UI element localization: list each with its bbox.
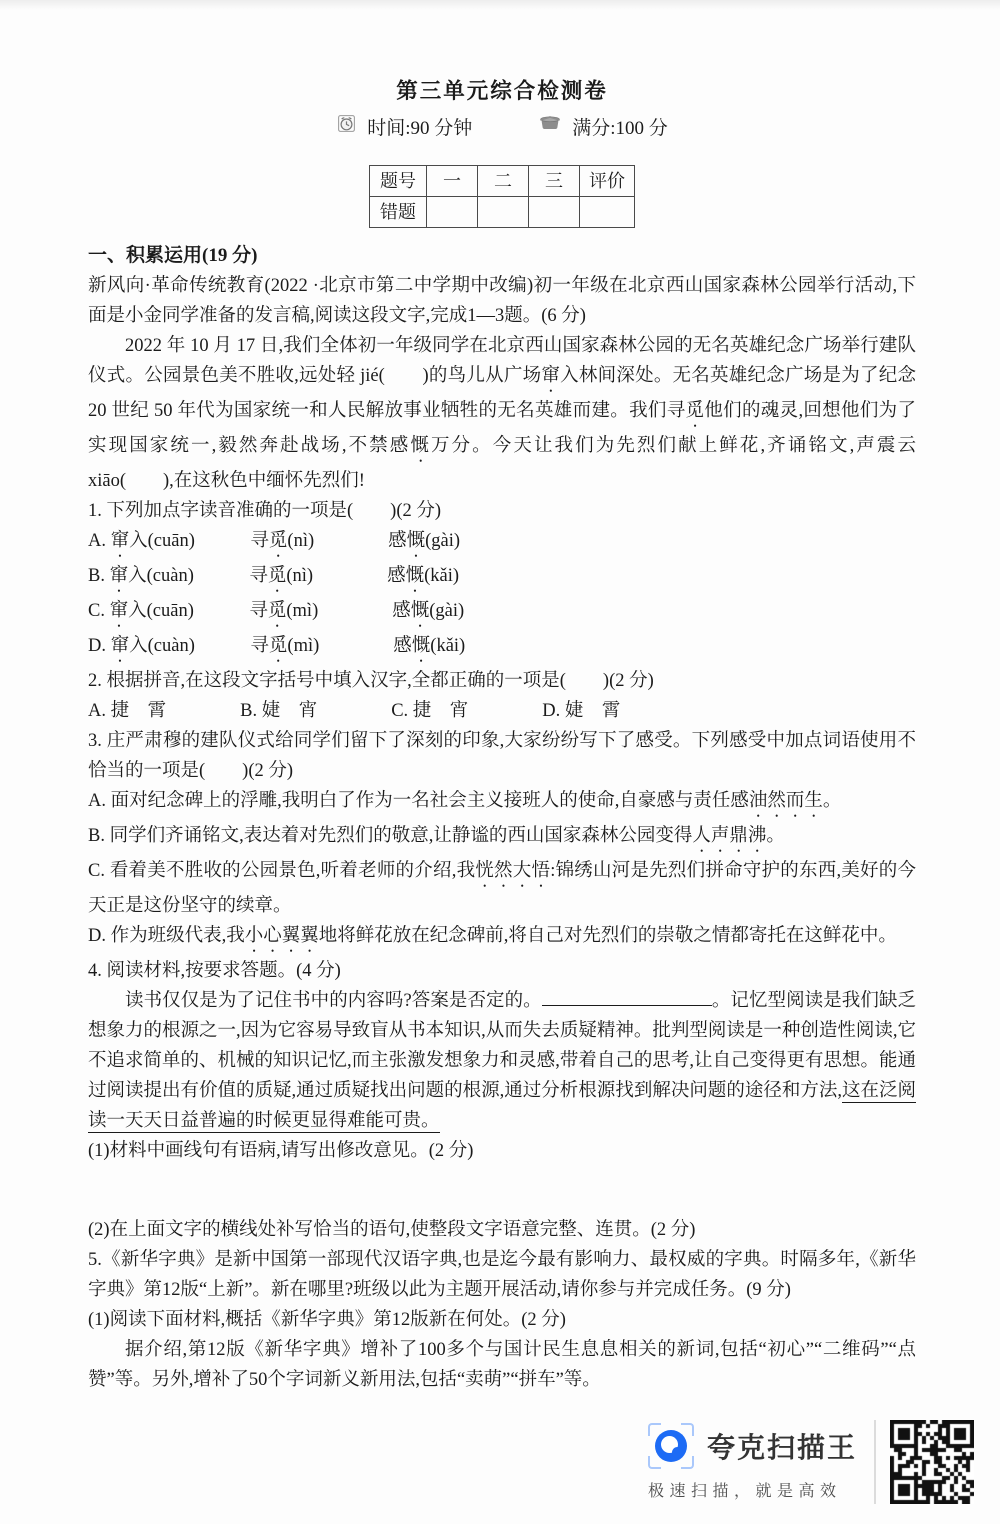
score-col-1: 一 <box>427 166 478 197</box>
wrong-row-label: 错题 <box>370 197 427 228</box>
question-4-sub2: (2)在上面文字的横线处补写恰当的语句,使整段文字语意完整、连贯。(2 分) <box>88 1215 916 1245</box>
question-5: 5.《新华字典》是新中国第一部现代汉语字典,也是迄今最有影响力、最权威的字典。时… <box>88 1245 916 1395</box>
wrong-cell-1 <box>427 197 478 228</box>
question-5-sub1: (1)阅读下面材料,概括《新华字典》第12版新在何处。(2 分) <box>88 1305 916 1335</box>
question-1-stem: 1. 下列加点字读音准确的一项是( )(2 分) <box>88 496 916 526</box>
question-5-material: 据介绍,第12版《新华字典》增补了100多个与国计民生息息相关的新词,包括“初心… <box>88 1335 916 1395</box>
score-col-label: 题号 <box>370 166 427 197</box>
wrong-cell-4 <box>580 197 635 228</box>
question-1-option-a: A. 窜入(cuān) 寻觅(nì) 感慨(gài) <box>88 526 916 561</box>
question-1: 1. 下列加点字读音准确的一项是( )(2 分) A. 窜入(cuān) 寻觅(… <box>88 496 916 666</box>
time-label: 时间:90 分钟 <box>367 114 472 144</box>
brand-name: 夸克扫描王 <box>707 1426 857 1466</box>
question-1-option-c: C. 窜入(cuān) 寻觅(mì) 感慨(gài) <box>88 596 916 631</box>
footer-divider <box>874 1420 876 1504</box>
answer-space <box>88 1166 916 1215</box>
question-5-stem: 5.《新华字典》是新中国第一部现代汉语字典,也是迄今最有影响力、最权威的字典。时… <box>88 1245 916 1305</box>
score-col-2: 二 <box>478 166 529 197</box>
exam-meta: 时间:90 分钟 满分:100 分 <box>88 113 916 144</box>
section-1-heading: 一、积累运用(19 分) <box>88 241 916 271</box>
quark-logo-icon <box>648 1423 694 1469</box>
exam-page: 第三单元综合检测卷 时间:90 分钟 满分:100 分 题号 <box>88 76 916 1395</box>
question-3-stem: 3. 庄严肃穆的建队仪式给同学们留下了深刻的印象,大家纷纷写下了感受。下列感受中… <box>88 726 916 786</box>
score-label: 满分:100 分 <box>572 114 668 144</box>
score-table-header-row: 题号 一 二 三 评价 <box>370 166 635 197</box>
question-4-stem: 4. 阅读材料,按要求答题。(4 分) <box>88 956 916 986</box>
score-table-wrap: 题号 一 二 三 评价 错题 <box>88 165 916 228</box>
alarm-clock-icon <box>336 113 357 144</box>
question-1-option-d: D. 窜入(cuàn) 寻觅(mì) 感慨(kǎi) <box>88 631 916 666</box>
question-1-option-b: B. 窜入(cuàn) 寻觅(nì) 感慨(kǎi) <box>88 561 916 596</box>
question-3-option-b: B. 同学们齐诵铭文,表达着对先烈们的敬意,让静谧的西山国家森林公园变得人声鼎沸… <box>88 821 916 856</box>
question-2: 2. 根据拼音,在这段文字括号中填入汉字,全都正确的一项是( )(2 分) A.… <box>88 666 916 726</box>
question-4-material: 读书仅仅是为了记住书中的内容吗?答案是否定的。。记忆型阅读是我们缺乏想象力的根源… <box>88 986 916 1136</box>
brand-tagline: 极速扫描，就是高效 <box>648 1478 857 1501</box>
score-table-wrong-row: 错题 <box>370 197 635 228</box>
question-3: 3. 庄严肃穆的建队仪式给同学们留下了深刻的印象,大家纷纷写下了感受。下列感受中… <box>88 726 916 956</box>
question-4: 4. 阅读材料,按要求答题。(4 分) 读书仅仅是为了记住书中的内容吗?答案是否… <box>88 956 916 1245</box>
reading-passage: 2022 年 10 月 17 日,我们全体初一年级同学在北京西山国家森林公园的无… <box>88 331 916 496</box>
brand-block: 夸克扫描王 极速扫描，就是高效 <box>648 1423 857 1501</box>
graduation-cap-icon <box>538 113 562 144</box>
wrong-cell-3 <box>529 197 580 228</box>
section-1-intro: 新风向·革命传统教育(2022 ·北京市第二中学期中改编)初一年级在北京西山国家… <box>88 271 916 331</box>
question-4-sub1: (1)材料中画线句有语病,请写出修改意见。(2 分) <box>88 1136 916 1166</box>
scanner-watermark: 夸克扫描王 极速扫描，就是高效 <box>648 1420 974 1504</box>
score-col-eval: 评价 <box>580 166 635 197</box>
question-2-options: A. 捷 霄 B. 婕 宵 C. 捷 宵 D. 婕 霄 <box>88 696 916 726</box>
question-3-option-c: C. 看着美不胜收的公园景色,听着老师的介绍,我恍然大悟:锦绣山河是先烈们拼命守… <box>88 856 916 921</box>
question-3-option-d: D. 作为班级代表,我小心翼翼地将鲜花放在纪念碑前,将自己对先烈们的崇敬之情都寄… <box>88 921 916 956</box>
page-title: 第三单元综合检测卷 <box>88 76 916 106</box>
question-2-stem: 2. 根据拼音,在这段文字括号中填入汉字,全都正确的一项是( )(2 分) <box>88 666 916 696</box>
qr-code <box>890 1420 974 1504</box>
score-table: 题号 一 二 三 评价 错题 <box>369 165 635 228</box>
wrong-cell-2 <box>478 197 529 228</box>
score-col-3: 三 <box>529 166 580 197</box>
question-3-option-a: A. 面对纪念碑上的浮雕,我明白了作为一名社会主义接班人的使命,自豪感与责任感油… <box>88 786 916 821</box>
